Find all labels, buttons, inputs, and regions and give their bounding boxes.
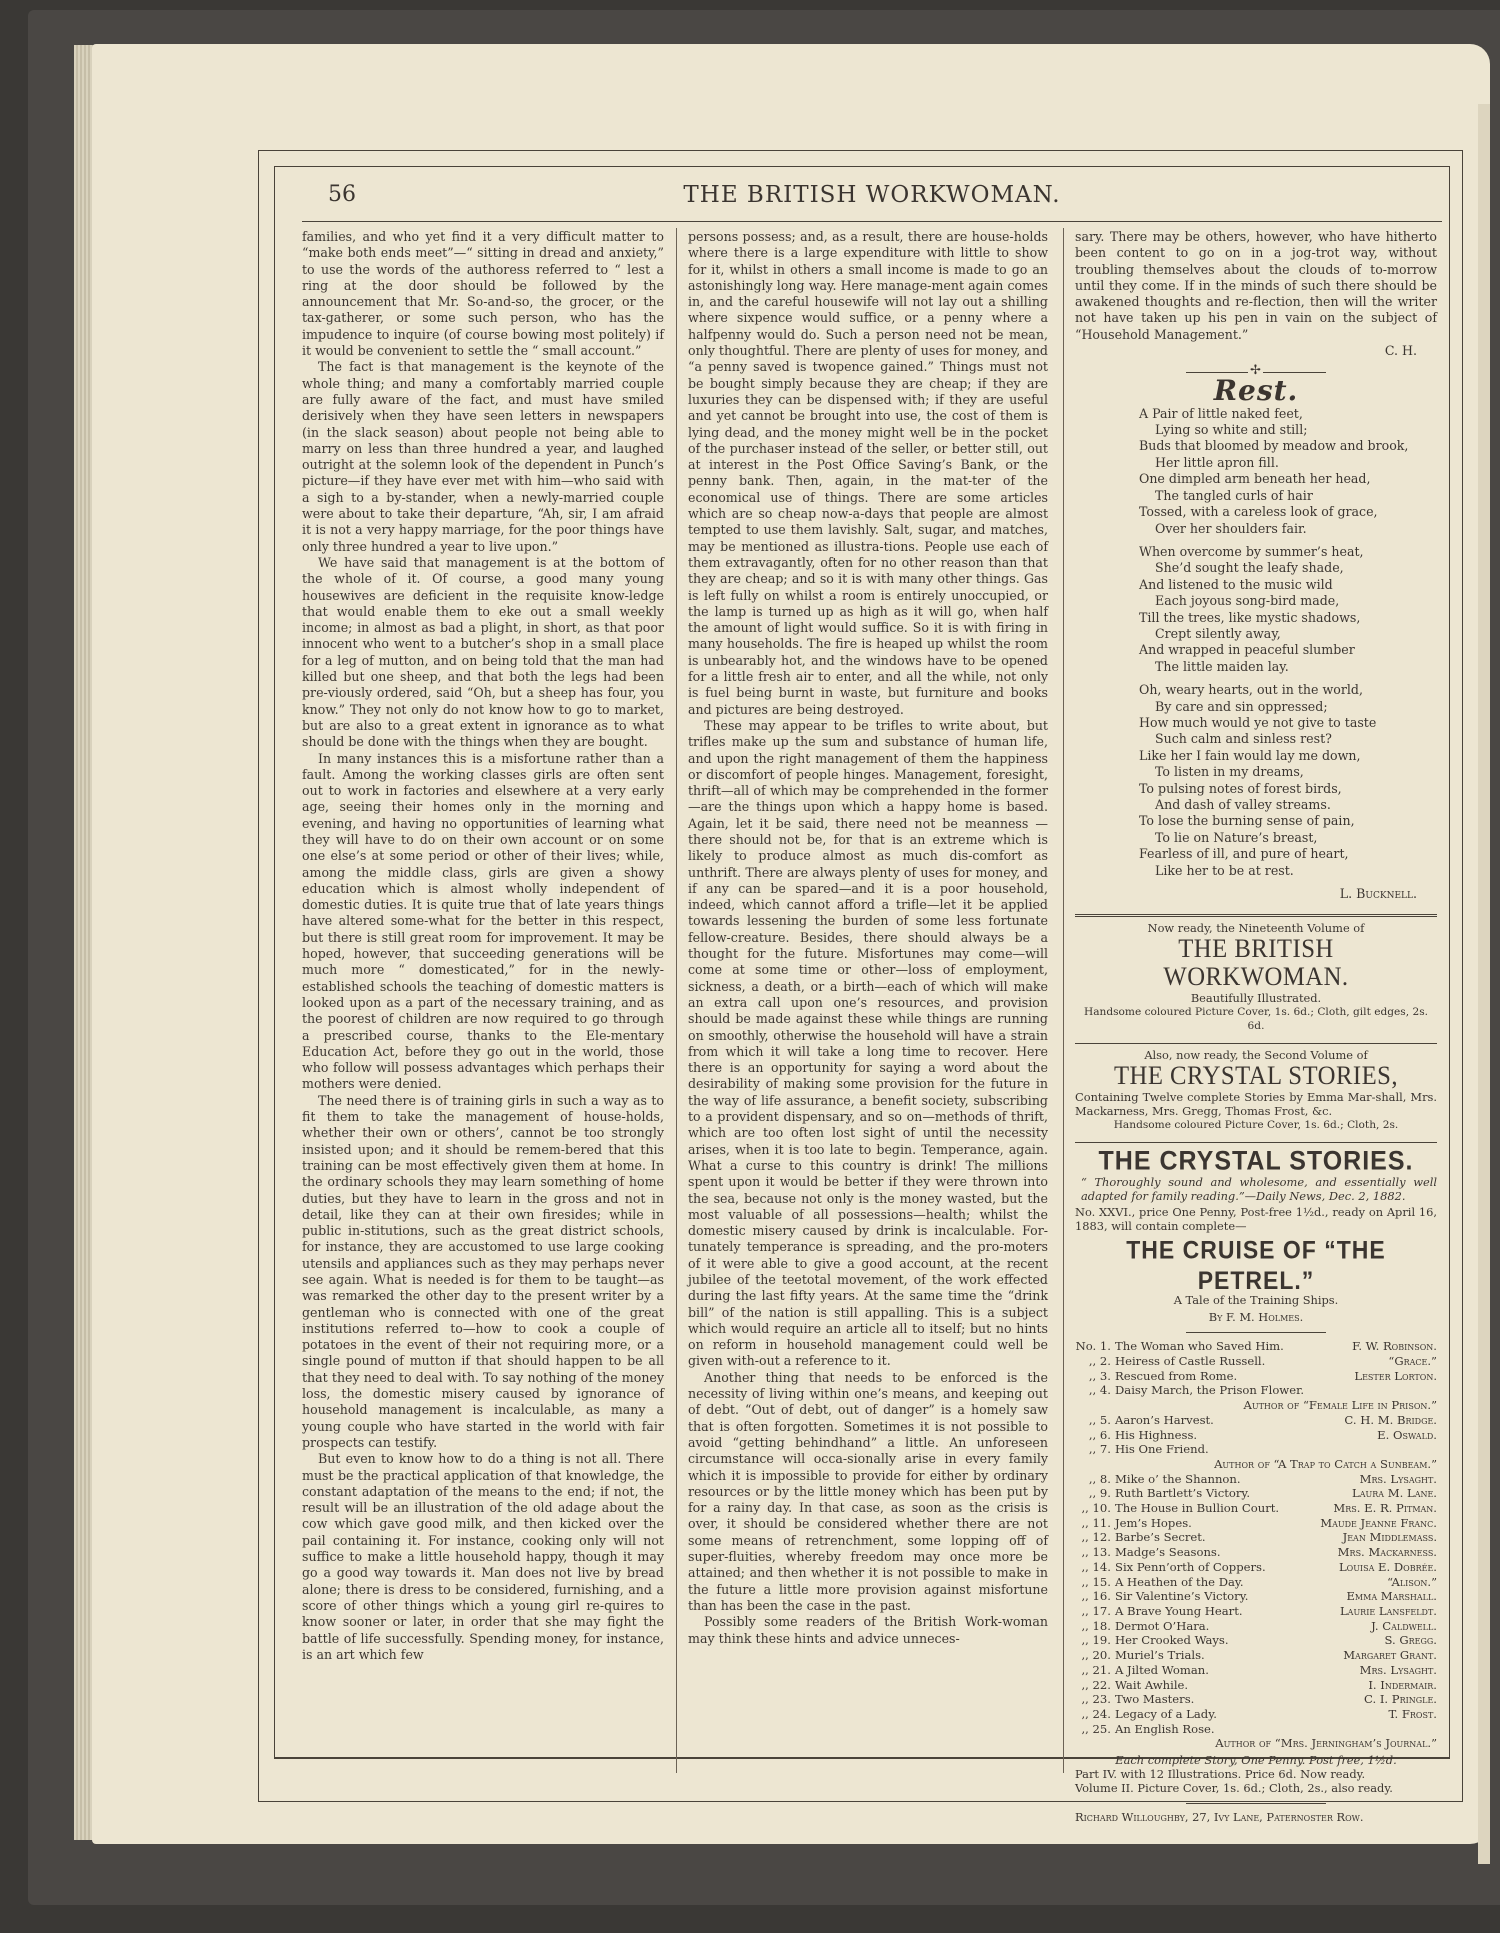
- catalog-row: ,, 3.Rescued from Rome.Lester Lorton.: [1075, 1369, 1437, 1384]
- catalog-author-note: Author of “Female Life in Prison.”: [1075, 1398, 1437, 1413]
- paragraph: But even to know how to do a thing is no…: [302, 1451, 664, 1663]
- catalog-row: ,, 8.Mike o’ the Shannon.Mrs. Lysaght.: [1075, 1472, 1437, 1487]
- poem-line: To pulsing notes of forest birds,: [1139, 781, 1437, 797]
- catalog-title: Mike o’ the Shannon.: [1115, 1472, 1241, 1486]
- paragraph: The need there is of training girls in s…: [302, 1093, 664, 1452]
- section-rule: [1075, 1142, 1437, 1143]
- poem-line: Each joyous song-bird made,: [1139, 593, 1437, 609]
- catalog-row: ,, 15.A Heathen of the Day.“Alison.”: [1075, 1575, 1437, 1590]
- poem-stanza: Oh, weary hearts, out in the world,By ca…: [1139, 682, 1437, 879]
- poem-line: Oh, weary hearts, out in the world,: [1139, 682, 1437, 698]
- catalog-number: ,, 5.: [1075, 1413, 1115, 1428]
- catalog-entry: ,, 10.The House in Bullion Court.: [1075, 1501, 1279, 1516]
- catalog-author: Maude Jeanne Franc.: [1320, 1516, 1437, 1531]
- story-catalog: No. 1.The Woman who Saved Him.F. W. Robi…: [1075, 1339, 1437, 1751]
- catalog-author: “Alison.”: [1387, 1575, 1437, 1590]
- catalog-title: Heiress of Castle Russell.: [1115, 1354, 1265, 1368]
- ad2-title: THE CRYSTAL STORIES,: [1084, 1062, 1428, 1090]
- poem-line: Till the trees, like mystic shadows,: [1139, 610, 1437, 626]
- catalog-number: ,, 23.: [1075, 1692, 1115, 1707]
- catalog-author: Laurie Lansfeldt.: [1340, 1604, 1437, 1619]
- column-3: sary. There may be others, however, who …: [1075, 229, 1437, 1824]
- catalog-number: ,, 4.: [1075, 1383, 1115, 1398]
- catalog-number: ,, 25.: [1075, 1722, 1115, 1737]
- catalog-entry: ,, 24.Legacy of a Lady.: [1075, 1707, 1217, 1722]
- catalog-row: ,, 5.Aaron’s Harvest.C. H. M. Bridge.: [1075, 1413, 1437, 1428]
- catalog-author: Laura M. Lane.: [1352, 1486, 1437, 1501]
- catalog-entry: ,, 3.Rescued from Rome.: [1075, 1369, 1237, 1384]
- section-rule: [1075, 914, 1437, 917]
- article-signature: C. H.: [1075, 343, 1437, 359]
- poem-line: When overcome by summer’s heat,: [1139, 544, 1437, 560]
- poem-line: One dimpled arm beneath her head,: [1139, 471, 1437, 487]
- catalog-number: ,, 9.: [1075, 1486, 1115, 1501]
- poem-line: Over her shoulders fair.: [1139, 521, 1437, 537]
- catalog-number: ,, 10.: [1075, 1501, 1115, 1516]
- catalog-number: ,, 14.: [1075, 1560, 1115, 1575]
- catalog-number: ,, 15.: [1075, 1575, 1115, 1590]
- publisher-address: Richard Willoughby, 27, Ivy Lane, Patern…: [1075, 1810, 1437, 1824]
- catalog-title: The House in Bullion Court.: [1115, 1501, 1279, 1515]
- poem-line: The tangled curls of hair: [1139, 488, 1437, 504]
- catalog-entry: ,, 13.Madge’s Seasons.: [1075, 1545, 1221, 1560]
- catalog-title: Muriel’s Trials.: [1115, 1648, 1205, 1662]
- catalog-row: ,, 4.Daisy March, the Prison Flower.: [1075, 1383, 1437, 1398]
- catalog-number: ,, 21.: [1075, 1663, 1115, 1678]
- poem-body: A Pair of little naked feet,Lying so whi…: [1139, 406, 1437, 879]
- poem-line: By care and sin oppressed;: [1139, 699, 1437, 715]
- catalog-number: ,, 22.: [1075, 1678, 1115, 1693]
- catalog-title: Jem’s Hopes.: [1115, 1516, 1192, 1530]
- catalog-title: His Highness.: [1115, 1428, 1197, 1442]
- catalog-title: Ruth Bartlett’s Victory.: [1115, 1486, 1250, 1500]
- ad3-quote: “ Thoroughly sound and wholesome, and es…: [1075, 1175, 1437, 1203]
- catalog-title: A Jilted Woman.: [1115, 1663, 1209, 1677]
- catalog-number: ,, 16.: [1075, 1589, 1115, 1604]
- paragraph: families, and who yet find it a very dif…: [302, 229, 664, 359]
- catalog-number: ,, 8.: [1075, 1472, 1115, 1487]
- paragraph: Another thing that needs to be enforced …: [688, 1370, 1048, 1614]
- catalog-entry: ,, 11.Jem’s Hopes.: [1075, 1516, 1192, 1531]
- poem-stanza: When overcome by summer’s heat,She’d sou…: [1139, 544, 1437, 675]
- catalog-row: ,, 17.A Brave Young Heart.Laurie Lansfel…: [1075, 1604, 1437, 1619]
- catalog-row: ,, 19.Her Crooked Ways.S. Gregg.: [1075, 1633, 1437, 1648]
- catalog-author: Mrs. E. R. Pitman.: [1333, 1501, 1437, 1516]
- catalog-row: ,, 9.Ruth Bartlett’s Victory.Laura M. La…: [1075, 1486, 1437, 1501]
- ad1-title: THE BRITISH WORKWOMAN.: [1084, 935, 1428, 991]
- ad3-feature-author: By F. M. Holmes.: [1075, 1310, 1437, 1324]
- catalog-number: ,, 19.: [1075, 1633, 1115, 1648]
- catalog-row: ,, 2.Heiress of Castle Russell.“Grace.”: [1075, 1354, 1437, 1369]
- header-rule: [302, 221, 1442, 222]
- catalog-number: ,, 17.: [1075, 1604, 1115, 1619]
- catalog-author: Mrs. Lysaght.: [1360, 1663, 1437, 1678]
- poem-line: Fearless of ill, and pure of heart,: [1139, 846, 1437, 862]
- page-header: 56 THE BRITISH WORKWOMAN.: [302, 176, 1442, 216]
- poem-line: And dash of valley streams.: [1139, 797, 1437, 813]
- catalog-number: ,, 6.: [1075, 1428, 1115, 1443]
- catalog-number: ,, 13.: [1075, 1545, 1115, 1560]
- next-page-edge: [1478, 104, 1490, 1864]
- catalog-author: Margaret Grant.: [1343, 1648, 1437, 1663]
- column-divider: [676, 228, 677, 1773]
- catalog-number: ,, 24.: [1075, 1707, 1115, 1722]
- catalog-entry: ,, 12.Barbe’s Secret.: [1075, 1530, 1206, 1545]
- ad3-announcement: No. XXVI., price One Penny, Post-free 1½…: [1075, 1205, 1437, 1233]
- catalog-row: ,, 20.Muriel’s Trials.Margaret Grant.: [1075, 1648, 1437, 1663]
- poem-line: To listen in my dreams,: [1139, 764, 1437, 780]
- catalog-row: ,, 14.Six Penn’orth of Coppers.Louisa E.…: [1075, 1560, 1437, 1575]
- paragraph: persons possess; and, as a result, there…: [688, 229, 1048, 718]
- catalog-title: Daisy March, the Prison Flower.: [1115, 1383, 1304, 1397]
- catalog-author: Emma Marshall.: [1346, 1589, 1437, 1604]
- poem-line: She’d sought the leafy shade,: [1139, 560, 1437, 576]
- ad3-feature-title: THE CRUISE OF “THE PETREL.”: [1075, 1235, 1437, 1295]
- catalog-row: ,, 25.An English Rose.: [1075, 1722, 1437, 1737]
- poem-line: And wrapped in peaceful slumber: [1139, 642, 1437, 658]
- catalog-author: J. Caldwell.: [1371, 1619, 1437, 1634]
- catalog-entry: ,, 23.Two Masters.: [1075, 1692, 1194, 1707]
- poem-line: Buds that bloomed by meadow and brook,: [1139, 438, 1437, 454]
- catalog-row: ,, 13.Madge’s Seasons.Mrs. Mackarness.: [1075, 1545, 1437, 1560]
- price-note: Each complete Story, One Penny. Post fre…: [1075, 1753, 1437, 1767]
- catalog-entry: ,, 16.Sir Valentine’s Victory.: [1075, 1589, 1248, 1604]
- section-rule: [1186, 1332, 1326, 1333]
- ad3-title: THE CRYSTAL STORIES.: [1075, 1146, 1437, 1176]
- catalog-number: ,, 3.: [1075, 1369, 1115, 1384]
- poem-line: Her little apron fill.: [1139, 455, 1437, 471]
- catalog-entry: ,, 9.Ruth Bartlett’s Victory.: [1075, 1486, 1250, 1501]
- catalog-entry: ,, 5.Aaron’s Harvest.: [1075, 1413, 1214, 1428]
- poem-line: Lying so white and still;: [1139, 422, 1437, 438]
- catalog-entry: ,, 22.Wait Awhile.: [1075, 1678, 1188, 1693]
- catalog-row: ,, 10.The House in Bullion Court.Mrs. E.…: [1075, 1501, 1437, 1516]
- catalog-number: ,, 11.: [1075, 1516, 1115, 1531]
- catalog-author: Lester Lorton.: [1354, 1369, 1437, 1384]
- catalog-entry: ,, 4.Daisy March, the Prison Flower.: [1075, 1383, 1304, 1398]
- poem-line: Like her I fain would lay me down,: [1139, 748, 1437, 764]
- section-rule: [1186, 1803, 1326, 1804]
- catalog-author: S. Gregg.: [1385, 1633, 1438, 1648]
- catalog-entry: ,, 6.His Highness.: [1075, 1428, 1197, 1443]
- poem-stanza: A Pair of little naked feet,Lying so whi…: [1139, 406, 1437, 537]
- catalog-title: Her Crooked Ways.: [1115, 1633, 1229, 1647]
- article-ending: sary. There may be others, however, who …: [1075, 229, 1437, 343]
- poem-line: Tossed, with a careless look of grace,: [1139, 504, 1437, 520]
- catalog-title: His One Friend.: [1115, 1442, 1209, 1456]
- catalog-number: ,, 7.: [1075, 1442, 1115, 1457]
- column-1: families, and who yet find it a very dif…: [302, 229, 664, 1663]
- catalog-entry: ,, 20.Muriel’s Trials.: [1075, 1648, 1205, 1663]
- catalog-entry: ,, 17.A Brave Young Heart.: [1075, 1604, 1243, 1619]
- column-divider: [1063, 228, 1064, 1773]
- catalog-number: ,, 12.: [1075, 1530, 1115, 1545]
- ad3-feature-subtitle: A Tale of the Training Ships.: [1075, 1293, 1437, 1307]
- poem-line: To lose the burning sense of pain,: [1139, 813, 1437, 829]
- catalog-row: ,, 21.A Jilted Woman.Mrs. Lysaght.: [1075, 1663, 1437, 1678]
- paragraph: We have said that management is at the b…: [302, 555, 664, 751]
- catalog-row: ,, 22.Wait Awhile.I. Indermair.: [1075, 1678, 1437, 1693]
- paragraph: In many instances this is a misfortune r…: [302, 751, 664, 1093]
- catalog-author: F. W. Robinson.: [1352, 1339, 1437, 1354]
- catalog-title: An English Rose.: [1115, 1722, 1215, 1736]
- section-rule: [1075, 1043, 1437, 1044]
- ad2-intro: Also, now ready, the Second Volume of: [1075, 1048, 1437, 1062]
- catalog-row: ,, 11.Jem’s Hopes.Maude Jeanne Franc.: [1075, 1516, 1437, 1531]
- ad2-price: Handsome coloured Picture Cover, 1s. 6d.…: [1075, 1118, 1437, 1132]
- ad1-intro: Now ready, the Nineteenth Volume of: [1075, 921, 1437, 935]
- catalog-entry: ,, 25.An English Rose.: [1075, 1722, 1215, 1737]
- catalog-row: ,, 24.Legacy of a Lady.T. Frost.: [1075, 1707, 1437, 1722]
- catalog-author: Mrs. Lysaght.: [1360, 1472, 1437, 1487]
- catalog-title: A Heathen of the Day.: [1115, 1575, 1244, 1589]
- catalog-title: A Brave Young Heart.: [1115, 1604, 1243, 1618]
- paragraph: These may appear to be trifles to write …: [688, 718, 1048, 1370]
- catalog-author: I. Indermair.: [1368, 1678, 1437, 1693]
- catalog-entry: ,, 7.His One Friend.: [1075, 1442, 1209, 1457]
- catalog-author: Jean Middlemass.: [1343, 1530, 1437, 1545]
- poem-title: Rest.: [1075, 383, 1437, 399]
- poem-line: Such calm and sinless rest?: [1139, 731, 1437, 747]
- catalog-number: No. 1.: [1075, 1339, 1115, 1354]
- catalog-number: ,, 20.: [1075, 1648, 1115, 1663]
- catalog-title: Legacy of a Lady.: [1115, 1707, 1217, 1721]
- catalog-entry: No. 1.The Woman who Saved Him.: [1075, 1339, 1284, 1354]
- catalog-entry: ,, 2.Heiress of Castle Russell.: [1075, 1354, 1265, 1369]
- catalog-entry: ,, 18.Dermot O’Hara.: [1075, 1619, 1209, 1634]
- catalog-row: ,, 23.Two Masters.C. I. Pringle.: [1075, 1692, 1437, 1707]
- running-title: THE BRITISH WORKWOMAN.: [302, 182, 1442, 208]
- catalog-row: ,, 16.Sir Valentine’s Victory.Emma Marsh…: [1075, 1589, 1437, 1604]
- catalog-author: C. H. M. Bridge.: [1344, 1413, 1437, 1428]
- catalog-entry: ,, 21.A Jilted Woman.: [1075, 1663, 1209, 1678]
- poem-author: L. Bucknell.: [1075, 886, 1437, 902]
- paragraph: Possibly some readers of the British Wor…: [688, 1614, 1048, 1647]
- catalog-entry: ,, 8.Mike o’ the Shannon.: [1075, 1472, 1241, 1487]
- catalog-title: Madge’s Seasons.: [1115, 1545, 1221, 1559]
- catalog-title: Two Masters.: [1115, 1692, 1194, 1706]
- catalog-author: C. I. Pringle.: [1364, 1692, 1437, 1707]
- catalog-row: No. 1.The Woman who Saved Him.F. W. Robi…: [1075, 1339, 1437, 1354]
- column-2: persons possess; and, as a result, there…: [688, 229, 1048, 1647]
- catalog-entry: ,, 14.Six Penn’orth of Coppers.: [1075, 1560, 1266, 1575]
- catalog-title: Aaron’s Harvest.: [1115, 1413, 1214, 1427]
- catalog-row: ,, 12.Barbe’s Secret.Jean Middlemass.: [1075, 1530, 1437, 1545]
- poem-line: Like her to be at rest.: [1139, 863, 1437, 879]
- poem-line: A Pair of little naked feet,: [1139, 406, 1437, 422]
- ornament-icon: ✢: [1248, 363, 1263, 379]
- catalog-entry: ,, 19.Her Crooked Ways.: [1075, 1633, 1229, 1648]
- poem-line: And listened to the music wild: [1139, 577, 1437, 593]
- catalog-title: Wait Awhile.: [1115, 1678, 1188, 1692]
- volume-note: Volume II. Picture Cover, 1s. 6d.; Cloth…: [1075, 1781, 1437, 1795]
- poem-line: The little maiden lay.: [1139, 659, 1437, 675]
- catalog-title: Six Penn’orth of Coppers.: [1115, 1560, 1266, 1574]
- part-note: Part IV. with 12 Illustrations. Price 6d…: [1075, 1767, 1437, 1781]
- catalog-title: Dermot O’Hara.: [1115, 1619, 1209, 1633]
- catalog-title: Sir Valentine’s Victory.: [1115, 1589, 1248, 1603]
- catalog-row: ,, 7.His One Friend.: [1075, 1442, 1437, 1457]
- catalog-author: “Grace.”: [1388, 1354, 1437, 1369]
- ad1-subtitle: Beautifully Illustrated.: [1075, 991, 1437, 1005]
- catalog-number: ,, 18.: [1075, 1619, 1115, 1634]
- poem-line: How much would ye not give to taste: [1139, 715, 1437, 731]
- catalog-title: Rescued from Rome.: [1115, 1369, 1237, 1383]
- paragraph: The fact is that management is the keyno…: [302, 359, 664, 555]
- catalog-title: The Woman who Saved Him.: [1115, 1339, 1284, 1353]
- catalog-author: Louisa E. Dobrée.: [1339, 1560, 1437, 1575]
- catalog-author: T. Frost.: [1388, 1707, 1437, 1722]
- ornament-divider: ✢: [1186, 369, 1326, 377]
- poem-line: To lie on Nature’s breast,: [1139, 830, 1437, 846]
- ad1-price: Handsome coloured Picture Cover, 1s. 6d.…: [1075, 1005, 1437, 1033]
- catalog-row: ,, 18.Dermot O’Hara.J. Caldwell.: [1075, 1619, 1437, 1634]
- catalog-entry: ,, 15.A Heathen of the Day.: [1075, 1575, 1244, 1590]
- ad2-description: Containing Twelve complete Stories by Em…: [1075, 1090, 1437, 1118]
- catalog-author: E. Oswald.: [1377, 1428, 1437, 1443]
- catalog-author: Mrs. Mackarness.: [1338, 1545, 1437, 1560]
- poem-line: Crept silently away,: [1139, 626, 1437, 642]
- catalog-row: ,, 6.His Highness.E. Oswald.: [1075, 1428, 1437, 1443]
- catalog-author-note: Author of “Mrs. Jerningham’s Journal.”: [1075, 1736, 1437, 1751]
- catalog-number: ,, 2.: [1075, 1354, 1115, 1369]
- catalog-author-note: Author of “A Trap to Catch a Sunbeam.”: [1075, 1457, 1437, 1472]
- catalog-title: Barbe’s Secret.: [1115, 1530, 1206, 1544]
